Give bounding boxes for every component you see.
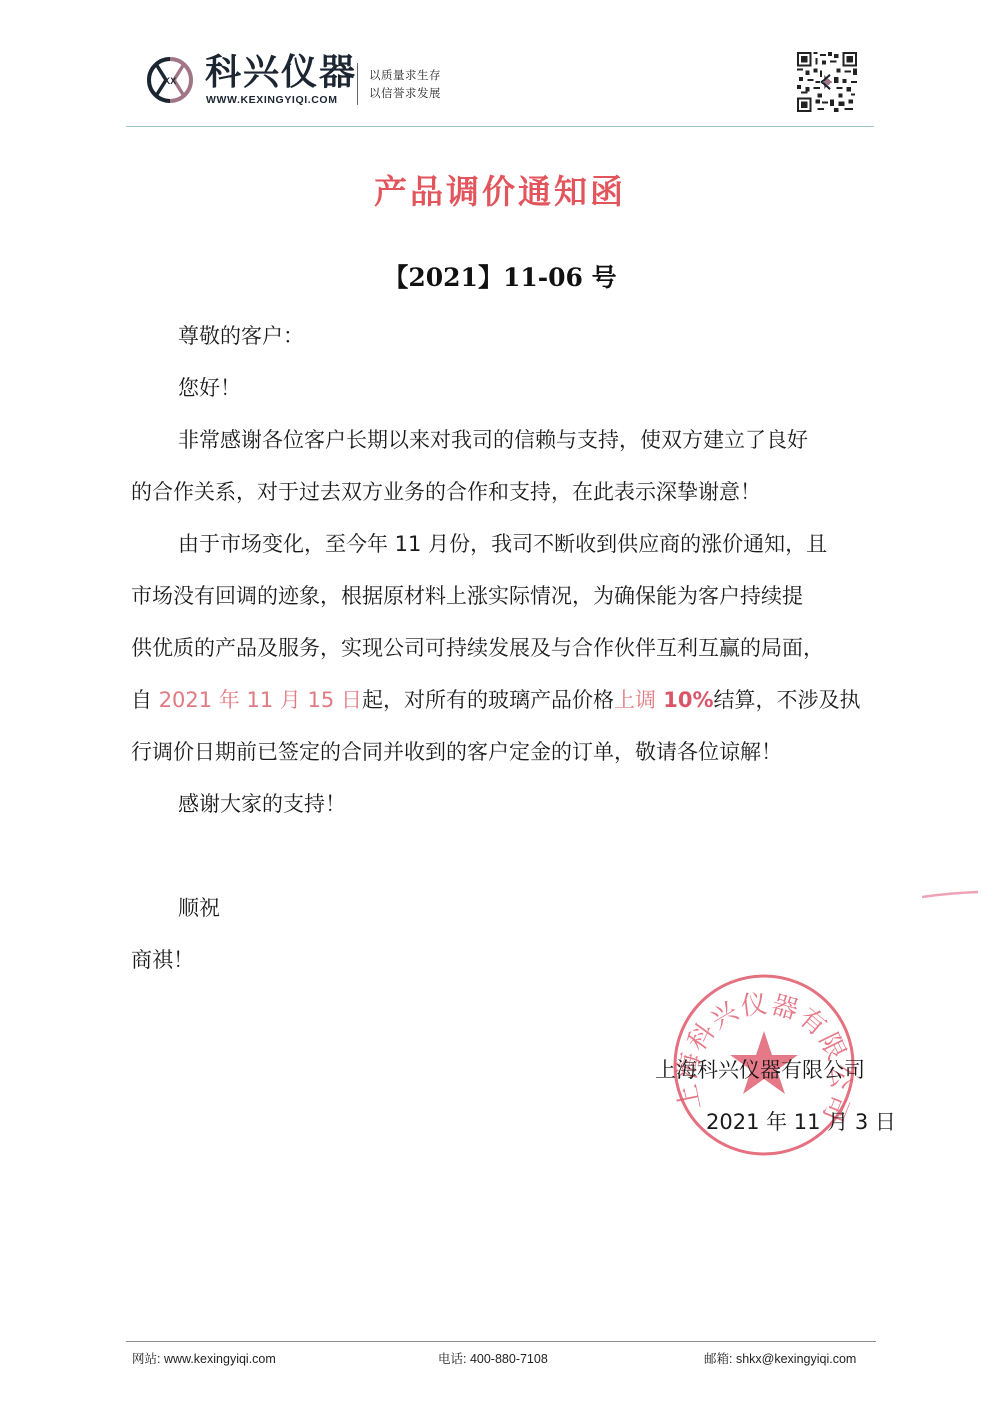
effective-date: 2021 年 11 月 15 日 xyxy=(159,688,362,712)
paragraph-2-line-4: 自 2021 年 11 月 15 日起，对所有的玻璃产品价格上调 10%结算，不… xyxy=(131,674,861,726)
footer-divider xyxy=(126,1341,876,1342)
line-prefix: 自 xyxy=(131,688,159,712)
adjust-word: 上调 xyxy=(614,688,656,712)
paragraph-2-line-5: 行调价日期前已签定的合同并收到的客户定金的订单，敬请各位谅解！ xyxy=(131,726,782,778)
closing-line-2: 商祺！ xyxy=(131,934,194,986)
footer-phone: 电话: 400-880-7108 xyxy=(438,1349,548,1367)
adjust-percentage: 10% xyxy=(656,688,714,712)
footer-website: 网站: www.kexingyiqi.com xyxy=(132,1349,276,1367)
footer-email: 邮箱: shkx@kexingyiqi.com xyxy=(704,1349,856,1367)
signatory-company: 上海科兴仪器有限公司 xyxy=(655,1054,865,1084)
closing-line-1: 顺祝 xyxy=(178,882,220,934)
signature-date: 2021 年 11 月 3 日 xyxy=(706,1106,896,1136)
letter-body: 尊敬的客户： 您好！ 非常感谢各位客户长期以来对我司的信赖与支持，使双方建立了良… xyxy=(131,0,891,1000)
greeting: 您好！ xyxy=(178,362,241,414)
paragraph-2-line-3: 供优质的产品及服务，实现公司可持续发展及与合作伙伴互利互赢的局面， xyxy=(131,622,824,674)
paragraph-1-line-2: 的合作关系，对于过去双方业务的合作和支持，在此表示深挚谢意！ xyxy=(131,466,761,518)
paragraph-1-line-1: 非常感谢各位客户长期以来对我司的信赖与支持，使双方建立了良好 xyxy=(178,414,808,466)
line-middle: 起，对所有的玻璃产品价格 xyxy=(362,688,614,712)
paragraph-2-line-1: 由于市场变化，至今年 11 月份，我司不断收到供应商的涨价通知，且 xyxy=(178,518,827,570)
line-suffix: 结算，不涉及执 xyxy=(714,688,861,712)
ink-mark-decoration xyxy=(920,890,980,900)
salutation: 尊敬的客户： xyxy=(178,310,304,362)
thanks-line: 感谢大家的支持！ xyxy=(178,778,346,830)
paragraph-2-line-2: 市场没有回调的迹象，根据原材料上涨实际情况，为确保能为客户持续提 xyxy=(131,570,803,622)
